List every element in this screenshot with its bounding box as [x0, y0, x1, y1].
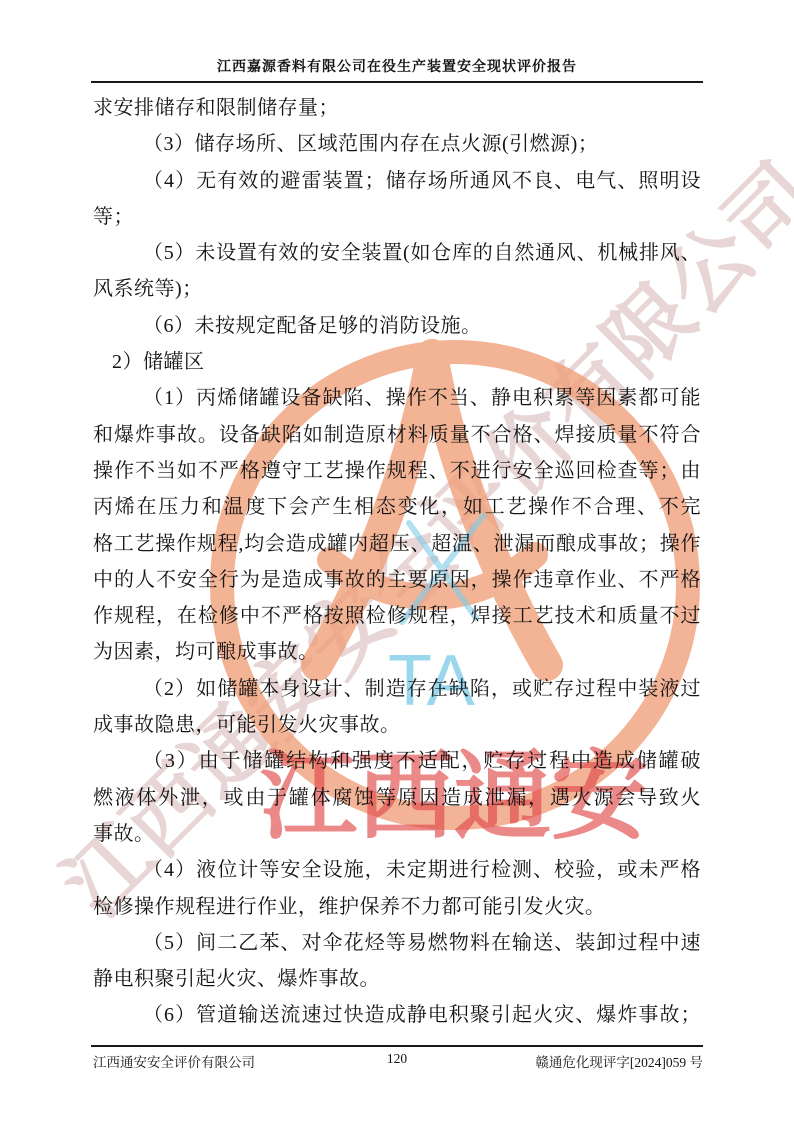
text-line: 丙烯在压力和温度下会产生相态变化，如工艺操作不合理、不完善，不严: [93, 489, 701, 525]
text-line: （3）由于储罐结构和强度不适配，贮存过程中造成储罐破损，导致可: [93, 743, 701, 779]
text-line: （4）液位计等安全设施，未定期进行检测、校验，或未严格按照设备: [93, 852, 701, 888]
text-line: 操作不当如不严格遵守工艺操作规程、不进行安全巡回检查等；由于液化: [93, 453, 701, 489]
text-line: （3）储存场所、区域范围内存在点火源(引燃源)；: [93, 126, 701, 162]
text-line: 风系统等)；: [93, 271, 701, 307]
text-line: 2）储罐区: [93, 344, 701, 380]
text-line: （5）间二乙苯、对伞花烃等易燃物料在输送、装卸过程中速度过快，: [93, 925, 701, 961]
text-line: 等；: [93, 199, 701, 235]
text-line: （4）无有效的避雷装置；储存场所通风不良、电气、照明设施不防爆: [93, 163, 701, 199]
text-line: （6）管道输送流速过快造成静电积聚引起火灾、爆炸事故；受外部热: [93, 997, 701, 1033]
report-header-title: 江西嘉源香料有限公司在役生产装置安全现状评价报告: [0, 56, 794, 76]
footer-rule: [91, 1045, 703, 1047]
text-line: 和爆炸事故。设备缺陷如制造原材料质量不合格、焊接质量不符合要求等，: [93, 417, 701, 453]
text-line: （6）未按规定配备足够的消防设施。: [93, 308, 701, 344]
text-line: 中的人不安全行为是造成事故的主要原因，操作违章作业、不严格工艺操: [93, 562, 701, 598]
text-line: （1）丙烯储罐设备缺陷、操作不当、静电积累等因素都可能导致火灾: [93, 380, 701, 416]
text-line: （2）如储罐本身设计、制造存在缺陷，或贮存过程中装液过量都会形: [93, 671, 701, 707]
body-text: 求安排储存和限制储存量；（3）储存场所、区域范围内存在点火源(引燃源)；（4）无…: [93, 90, 701, 1034]
text-line: 事故。: [93, 816, 701, 852]
header-rule: [91, 81, 703, 83]
text-line: 作规程，在检修中不严格按照检修规程，焊接工艺技术和质量不过关等人: [93, 598, 701, 634]
text-line: 燃液体外泄，或由于罐体腐蚀等原因造成泄漏，遇火源会导致火灾、爆炸: [93, 780, 701, 816]
text-line: 格工艺操作规程,均会造成罐内超压、超温、泄漏而酿成事故；操作和检修: [93, 526, 701, 562]
content-layer: 江西嘉源香料有限公司在役生产装置安全现状评价报告 求安排储存和限制储存量；（3）…: [0, 0, 794, 1123]
document-page: 江西通安安全评价有限公司 TA 江西通安 江西嘉源香料有限公司在役生产装置安全现…: [0, 0, 794, 1123]
text-line: 静电积聚引起火灾、爆炸事故。: [93, 961, 701, 997]
text-line: 为因素，均可酿成事故。: [93, 634, 701, 670]
text-line: 求安排储存和限制储存量；: [93, 90, 701, 126]
text-line: 检修操作规程进行作业，维护保养不力都可能引发火灾。: [93, 889, 701, 925]
footer-document-number: 赣通危化现评字[2024]059 号: [535, 1051, 703, 1071]
text-line: 成事故隐患，可能引发火灾事故。: [93, 707, 701, 743]
text-line: （5）未设置有效的安全装置(如仓库的自然通风、机械排风、事故通: [93, 235, 701, 271]
